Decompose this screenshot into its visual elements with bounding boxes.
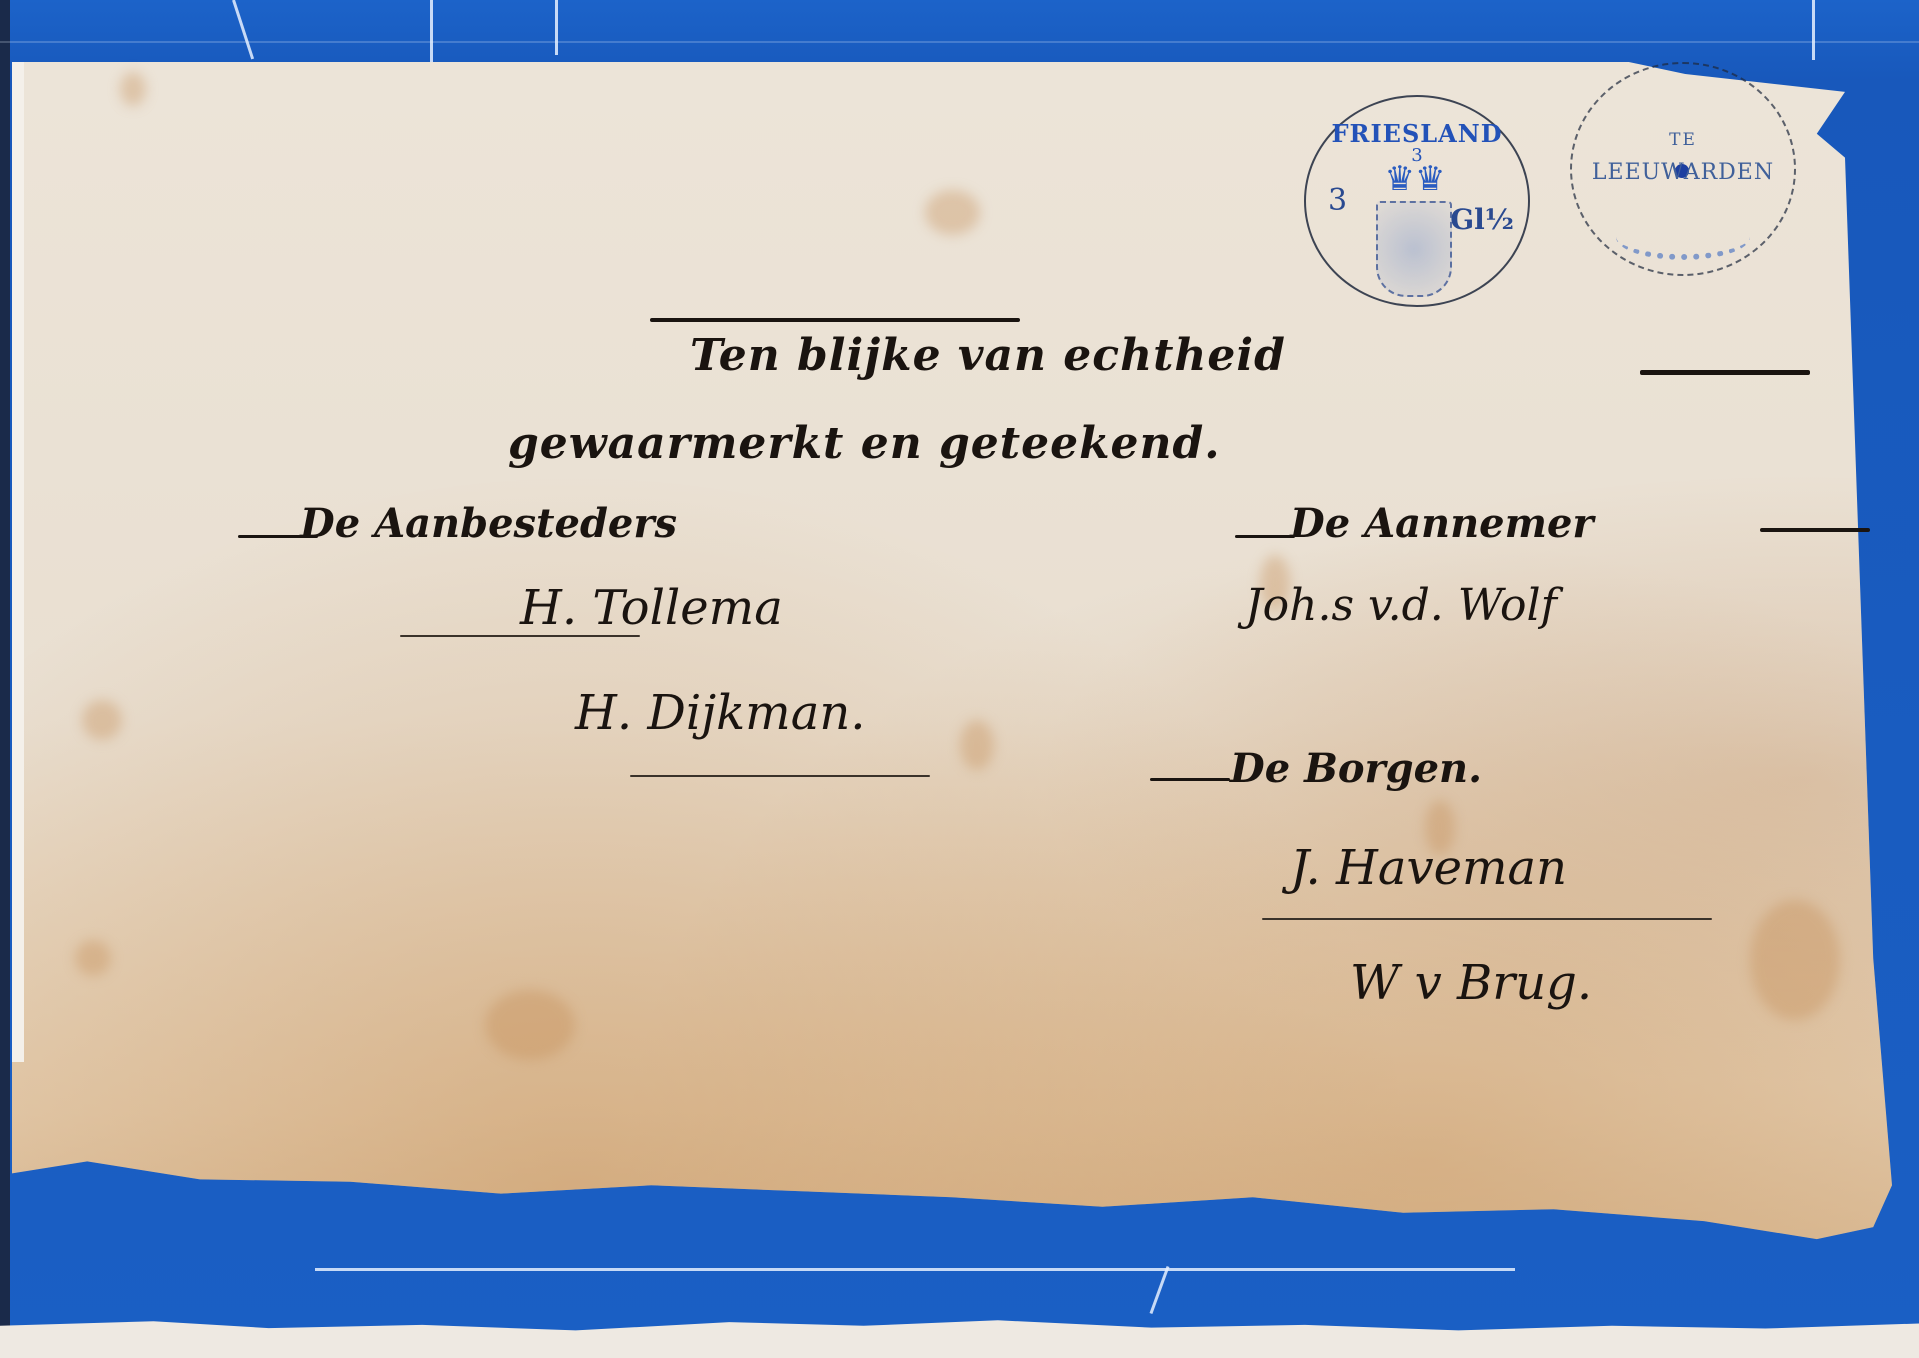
grid-line	[315, 1268, 1515, 1271]
crown-icon: ♛♛	[1374, 159, 1456, 199]
stain	[960, 720, 994, 770]
page-edge	[12, 62, 24, 1062]
signature-haveman: J. Haveman	[1290, 840, 1567, 896]
stain	[485, 990, 575, 1060]
signature-flourish	[400, 635, 640, 637]
stain	[1750, 900, 1840, 1020]
label-aannemer: De Aannemer	[1290, 500, 1593, 547]
signature-underline	[630, 775, 930, 777]
signature-van-brug: W v Brug.	[1350, 955, 1592, 1011]
signature-dijkman: H. Dijkman.	[575, 685, 865, 741]
table-edge	[0, 0, 10, 1358]
stain	[120, 72, 146, 106]
coat-of-arms-icon	[1376, 201, 1452, 297]
label-flourish	[1235, 535, 1295, 538]
stain	[75, 940, 111, 976]
stamp-value-left: 3	[1328, 183, 1347, 218]
grid-line	[555, 0, 558, 55]
laurel-wreath-icon	[1616, 214, 1749, 260]
label-aanbesteders: De Aanbesteders	[300, 500, 677, 547]
signature-tollema: H. Tollema	[520, 580, 783, 636]
te-leeuwarden-stamp: TE LEEUWARDEN	[1570, 62, 1796, 276]
grid-line	[0, 41, 1919, 43]
heading-underline-flourish	[1640, 370, 1810, 375]
signature-van-der-wolf: Joh.s v.d. Wolf	[1245, 580, 1557, 631]
heading-flourish	[650, 318, 1020, 322]
stamp-te-text: TE	[1572, 130, 1794, 150]
grid-line	[1812, 0, 1815, 60]
stamp-value-right: Gl½	[1450, 203, 1514, 236]
label-borgen: De Borgen.	[1230, 745, 1482, 792]
friesland-tax-stamp: FRIESLAND 3 ♛♛ 3 Gl½	[1304, 95, 1530, 307]
heading-line-1: Ten blijke van echtheid	[690, 330, 1286, 381]
stamp-city-text: LEEUWARDEN	[1572, 160, 1794, 185]
stamp-province-text: FRIESLAND	[1306, 119, 1528, 148]
grid-line	[430, 0, 433, 62]
signature-underline	[1262, 918, 1712, 920]
label-end-flourish	[1760, 528, 1870, 532]
label-flourish	[1150, 778, 1230, 781]
heading-line-2: gewaarmerkt en geteekend.	[508, 418, 1221, 469]
stain	[82, 700, 122, 740]
stain	[925, 190, 980, 235]
